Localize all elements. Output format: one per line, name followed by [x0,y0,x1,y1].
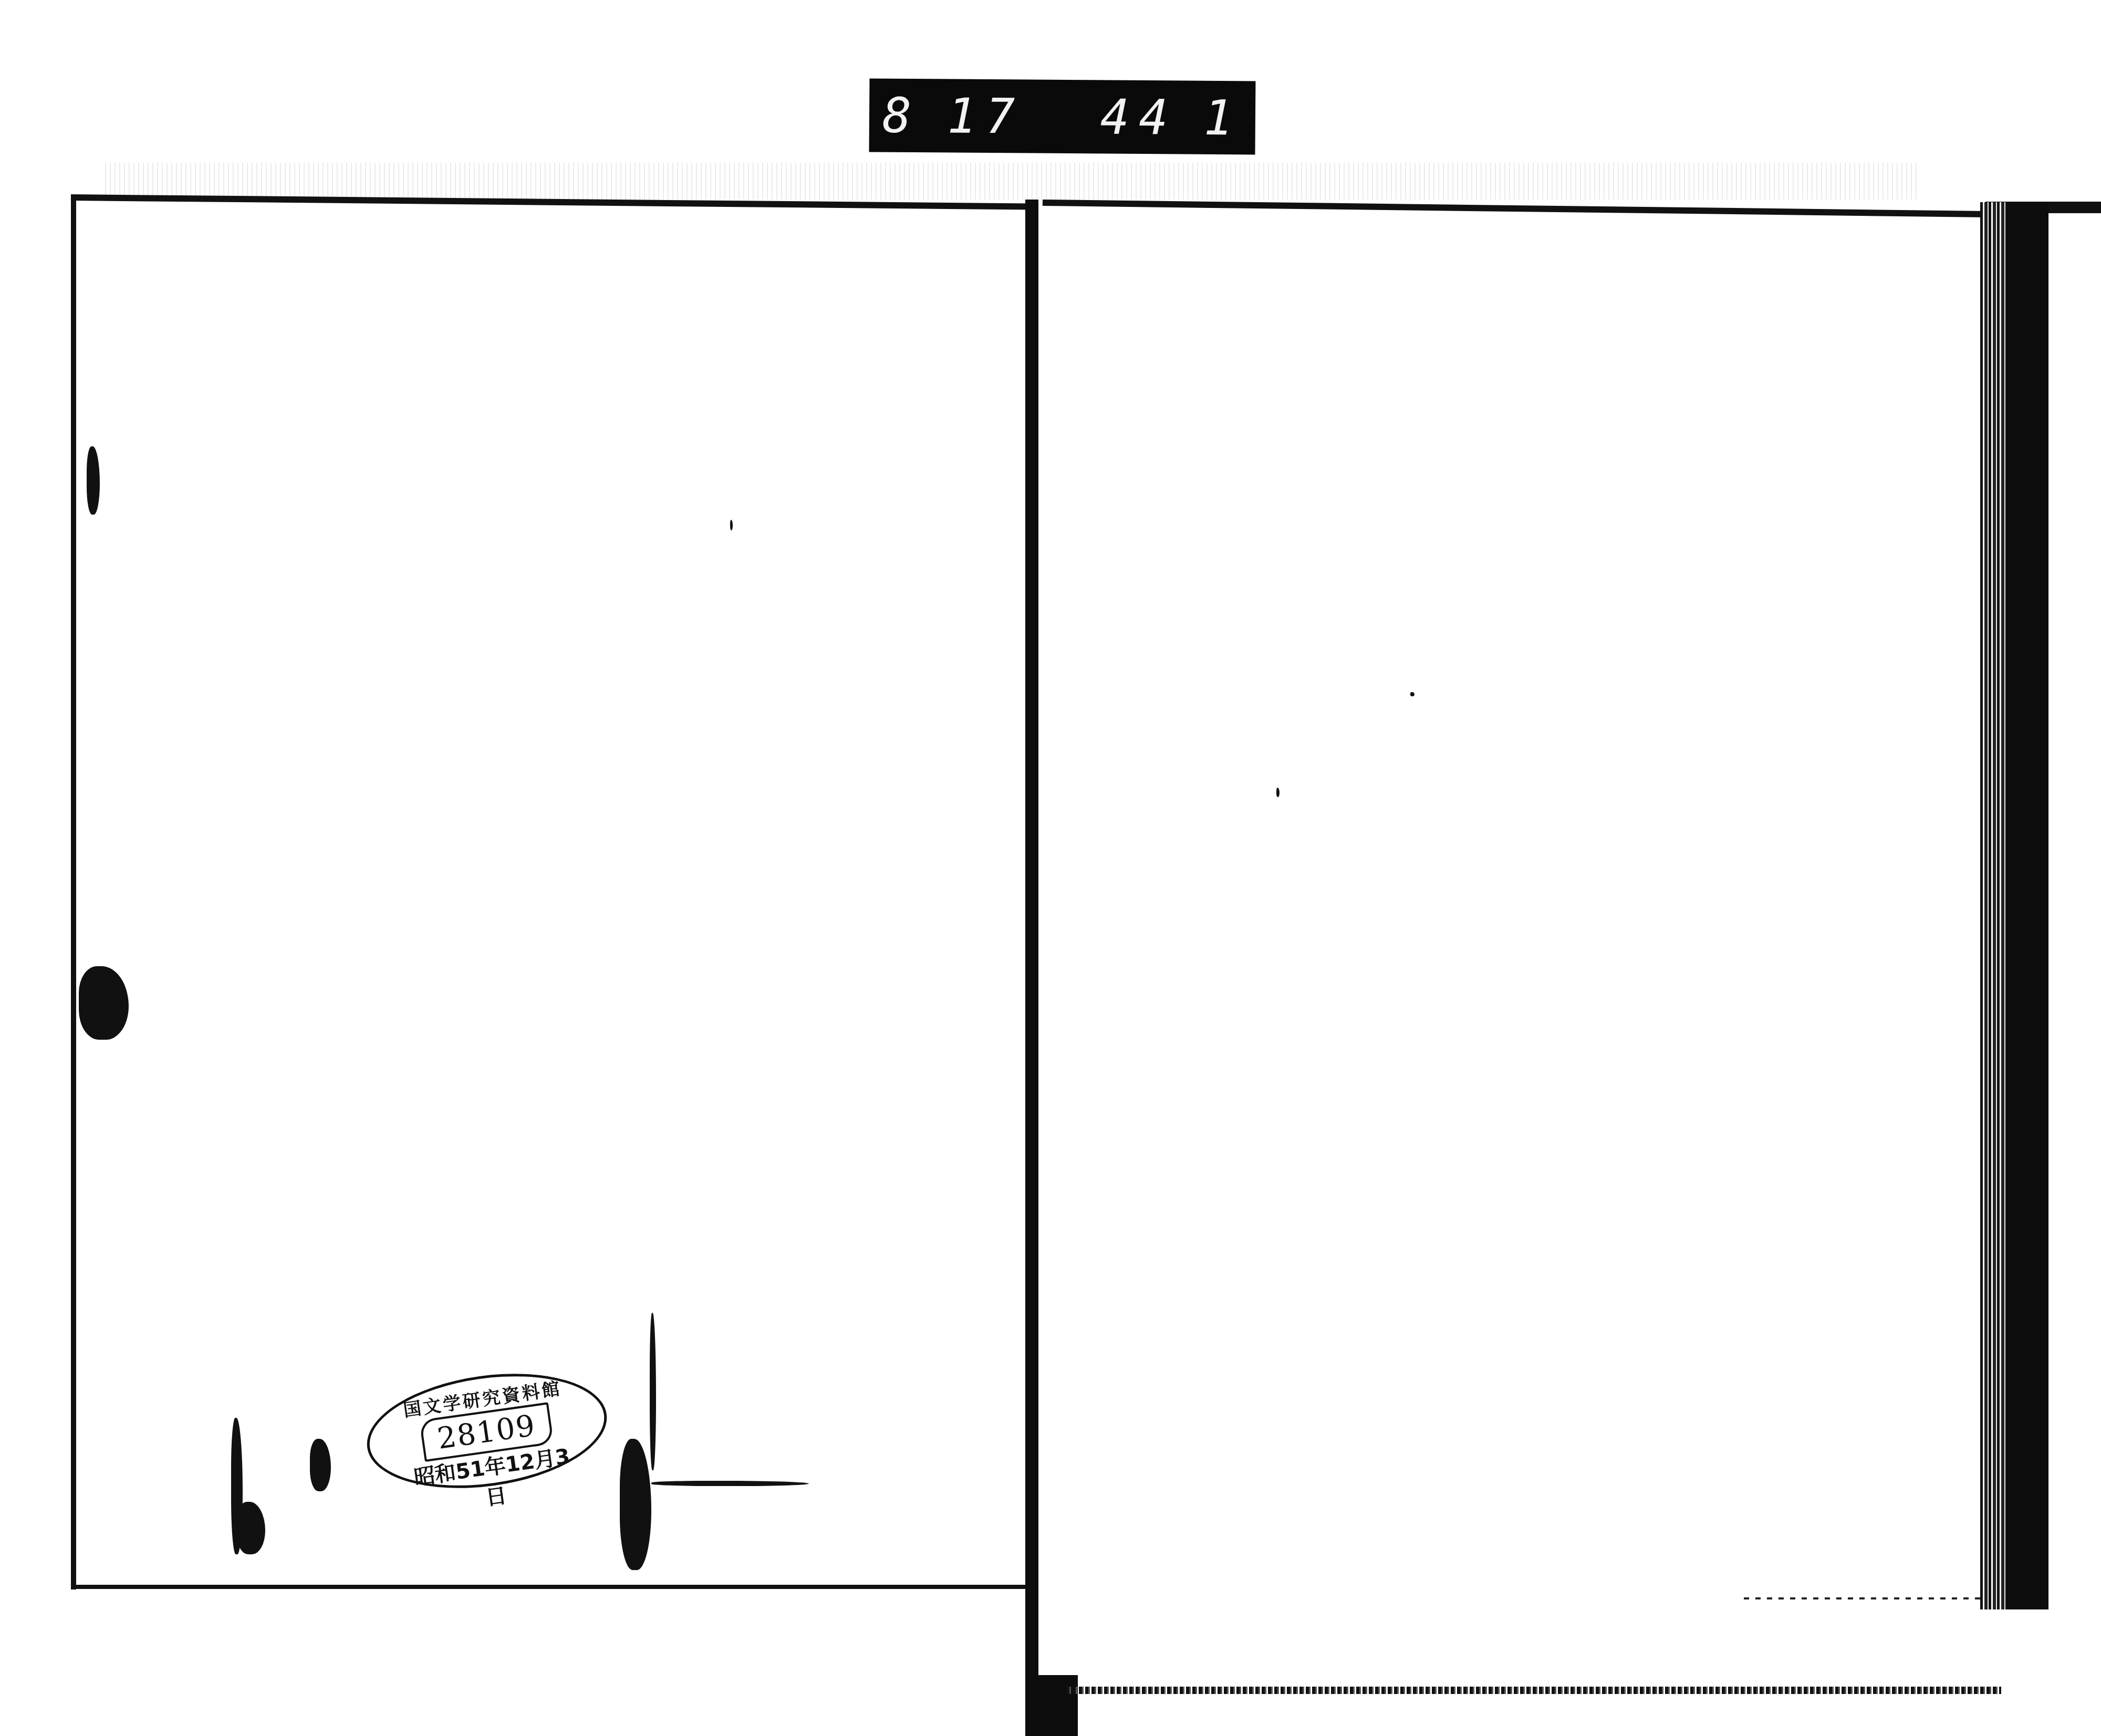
library-accession-stamp: 国文学研究資料館 28109 昭和51年12月3日 [360,1359,615,1502]
call-number-part1: 8 [882,87,921,144]
speck [730,520,733,530]
right-page-top-edge [1043,200,1999,217]
left-page-bottom-edge [74,1585,1029,1589]
worm-trail-mark [650,1313,656,1470]
smudge-mark [79,966,129,1040]
book-gutter [1025,200,1038,1736]
smudge-mark [87,446,100,515]
speck [1276,788,1280,797]
call-number-label: 8 17 44 1 [869,78,1256,154]
scanned-page-spread: 8 17 44 1 国文学研究資料館 28109 昭和51年12月3日 [0,0,2101,1736]
left-page-outer-edge [71,195,76,1589]
right-page-bottom-trace [1744,1597,1991,1599]
worm-trail-mark [620,1439,651,1570]
book-gutter-base [1025,1675,1078,1736]
right-page-bottom-edge [1066,1687,2001,1694]
smudge-mark [310,1439,331,1491]
call-number-part3: 44 [1100,89,1178,145]
speck [1410,692,1414,696]
cover-spine-edge [2006,202,2048,1609]
scan-noise [105,163,1917,200]
call-number-part2: 17 [947,88,1025,144]
worm-trail-mark [651,1481,809,1486]
smudge-mark [236,1502,265,1554]
call-number-part4: 1 [1203,89,1242,146]
